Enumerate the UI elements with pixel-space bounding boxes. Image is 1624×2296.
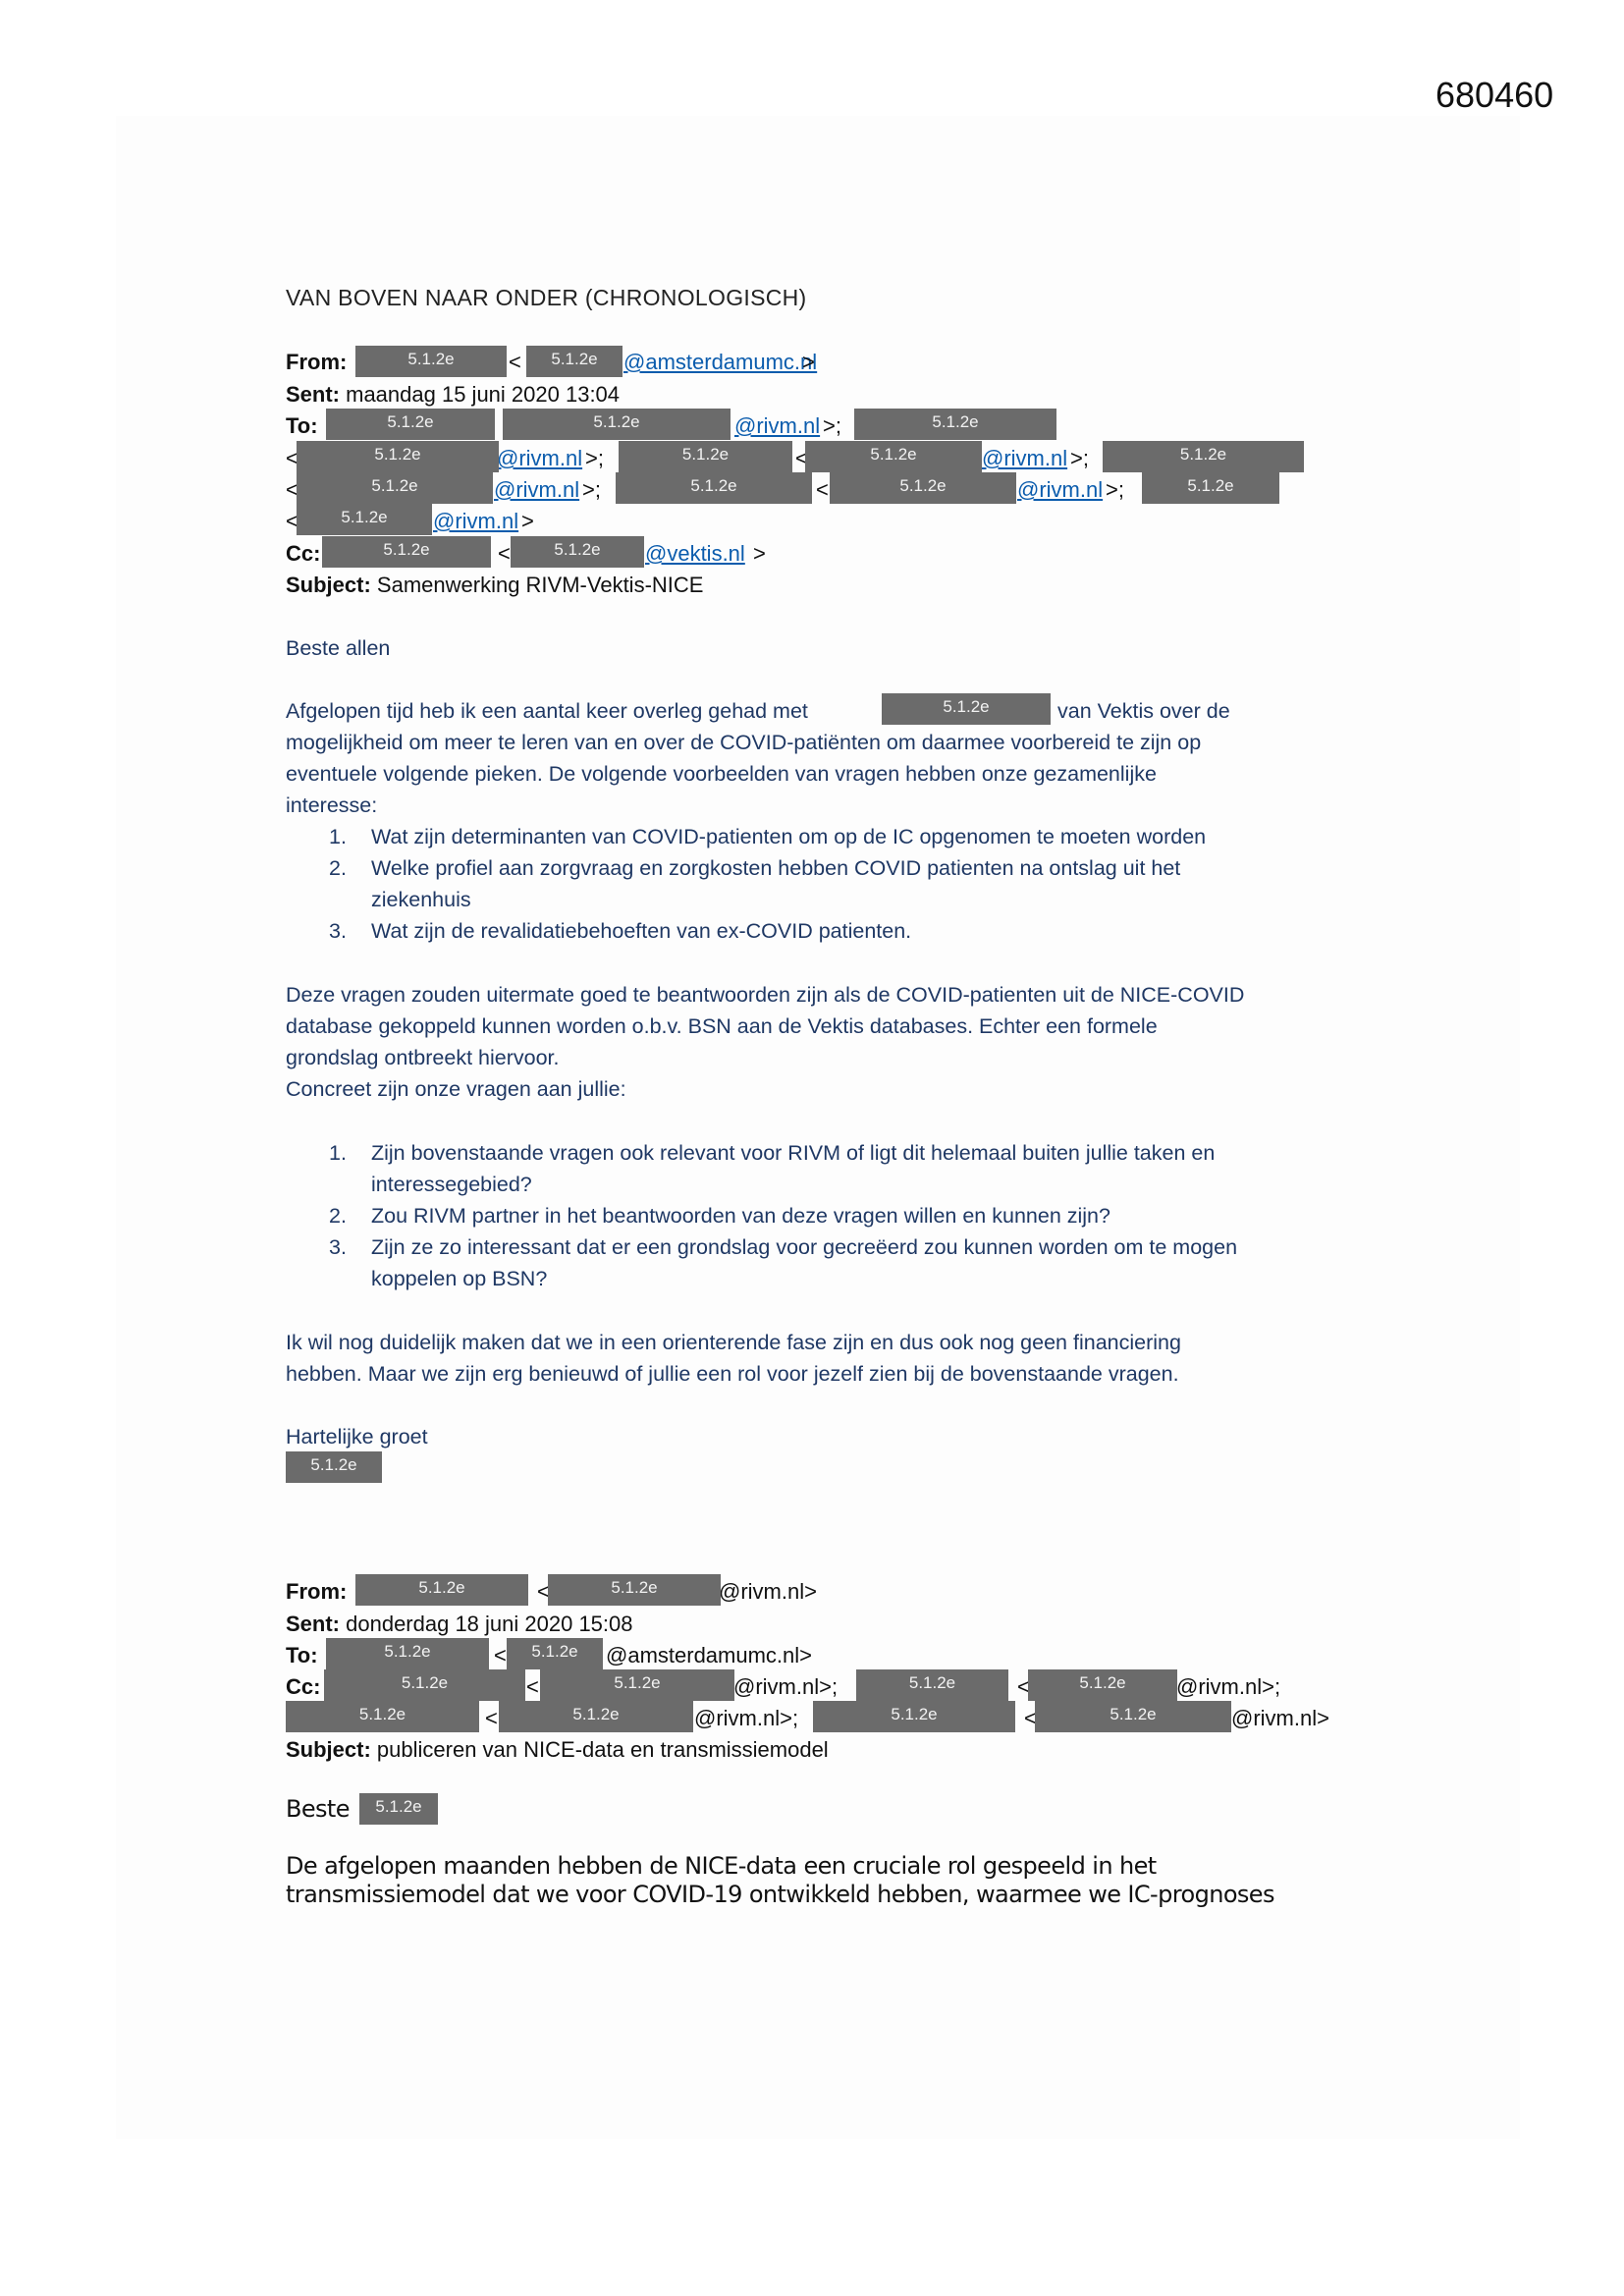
redaction-box: 5.1.2e [507,1638,603,1669]
closing: Hartelijke groet [286,1425,428,1449]
redaction-box: 5.1.2e [830,472,1016,504]
redaction-box: 5.1.2e [355,346,507,377]
redaction-box: 5.1.2e [324,1669,525,1701]
paragraph-line: Concreet zijn onze vragen aan jullie: [286,1077,626,1102]
paragraph-line: van Vektis over de [1057,699,1230,724]
list-item: Welke profiel aan zorgvraag en zorgkoste… [371,856,1180,881]
paragraph-line: mogelijkheid om meer te leren van en ove… [286,731,1201,755]
redaction-box: 5.1.2e [1142,472,1279,504]
list-number: 1. [329,1141,347,1166]
redaction-box: 5.1.2e [540,1669,734,1701]
redaction-box: 5.1.2e [297,441,499,472]
redaction-box: 5.1.2e [526,346,623,377]
from-email: @rivm.nl> [719,1579,817,1605]
subject-line: Subject: Samenwerking RIVM-Vektis-NICE [286,573,703,598]
sent-line: Sent: donderdag 18 juni 2020 15:08 [286,1612,633,1637]
redaction-box: 5.1.2e [297,472,493,504]
paragraph-line: interesse: [286,793,377,818]
paragraph-line: database gekoppeld kunnen worden o.b.v. … [286,1014,1158,1039]
redaction-box: 5.1.2e [856,1669,1008,1701]
list-number: 2. [329,1204,347,1229]
redaction-box: 5.1.2e [1028,1669,1177,1701]
list-item: Wat zijn determinanten van COVID-patient… [371,825,1206,849]
paragraph-line: Afgelopen tijd heb ik een aantal keer ov… [286,699,808,724]
redaction-box: 5.1.2e [1035,1701,1231,1732]
redaction-box: 5.1.2e [805,441,982,472]
from-line: From: < @rivm.nl> [286,1579,347,1605]
document-number: 680460 [1435,75,1553,116]
to-email-link[interactable]: @rivm.nl [497,446,582,471]
greeting: Beste allen [286,636,390,661]
redaction-box: 5.1.2e [511,536,644,568]
cc-line: Cc: < @rivm.nl>; < @rivm.nl>; [286,1674,320,1700]
cc-email: @rivm.nl>; [1176,1674,1280,1700]
redaction-box: 5.1.2e [619,441,792,472]
to-email-link[interactable]: @rivm.nl [1017,477,1103,503]
paragraph-line: grondslag ontbreekt hiervoor. [286,1046,559,1070]
cc-line: Cc: < @vektis.nl> [286,541,320,567]
to-email-link[interactable]: @rivm.nl [433,509,518,534]
list-item: Zijn bovenstaande vragen ook relevant vo… [371,1141,1215,1166]
redaction-box: 5.1.2e [359,1793,438,1825]
to-email: @amsterdamumc.nl> [606,1643,812,1668]
to-email-link[interactable]: @rivm.nl [982,446,1067,471]
redaction-box: 5.1.2e [548,1574,721,1606]
list-item: Zou RIVM partner in het beantwoorden van… [371,1204,1110,1229]
redaction-box: 5.1.2e [322,536,491,568]
subject-line: Subject: publiceren van NICE-data en tra… [286,1737,829,1763]
redaction-box: 5.1.2e [1103,441,1304,472]
sent-line: Sent: maandag 15 juni 2020 13:04 [286,382,620,408]
redaction-box: 5.1.2e [297,504,432,535]
list-item: Wat zijn de revalidatiebehoeften van ex-… [371,919,911,944]
greeting: Beste [286,1795,350,1823]
list-number: 2. [329,856,347,881]
list-item-continued: koppelen op BSN? [371,1267,547,1291]
list-item-continued: interessegebied? [371,1173,532,1197]
paragraph-line: Ik wil nog duidelijk maken dat we in een… [286,1331,1181,1355]
to-email-link[interactable]: @rivm.nl [734,413,820,439]
redaction-box: 5.1.2e [355,1574,528,1606]
cc-email: @rivm.nl>; [733,1674,838,1700]
list-item: Zijn ze zo interessant dat er een gronds… [371,1235,1237,1260]
redaction-box: 5.1.2e [499,1701,693,1732]
redaction-box: 5.1.2e [813,1701,1015,1732]
redaction-box: 5.1.2e [882,693,1051,725]
cc-email: @rivm.nl> [1231,1706,1329,1731]
redaction-box: 5.1.2e [616,472,812,504]
to-line: To: < @rivm.nl>; [286,413,318,439]
redaction-box: 5.1.2e [854,409,1056,440]
to-email-link[interactable]: @rivm.nl [494,477,579,503]
cc-email-link[interactable]: @vektis.nl [645,541,745,567]
from-email-link[interactable]: @amsterdamumc.nl [623,350,817,375]
paragraph-line: transmissiemodel dat we voor COVID-19 on… [286,1881,1274,1908]
to-line: To: < @amsterdamumc.nl> [286,1643,318,1668]
paragraph-line: hebben. Maar we zijn erg benieuwd of jul… [286,1362,1179,1387]
cc-email: @rivm.nl>; [694,1706,798,1731]
paragraph-line: eventuele volgende pieken. De volgende v… [286,762,1157,787]
redaction-box-signature: 5.1.2e [286,1451,382,1483]
list-number: 3. [329,1235,347,1260]
redaction-box: 5.1.2e [286,1701,479,1732]
redaction-box: 5.1.2e [503,409,731,440]
list-number: 3. [329,919,347,944]
redaction-box: 5.1.2e [326,1638,489,1669]
from-line: From: < @amsterdamumc.nl> [286,350,347,375]
paragraph-line: De afgelopen maanden hebben de NICE-data… [286,1852,1157,1880]
list-number: 1. [329,825,347,849]
list-item-continued: ziekenhuis [371,888,471,912]
paragraph-line: Deze vragen zouden uitermate goed te bea… [286,983,1244,1008]
redaction-box: 5.1.2e [326,409,495,440]
page-heading: VAN BOVEN NAAR ONDER (CHRONOLOGISCH) [286,285,807,311]
